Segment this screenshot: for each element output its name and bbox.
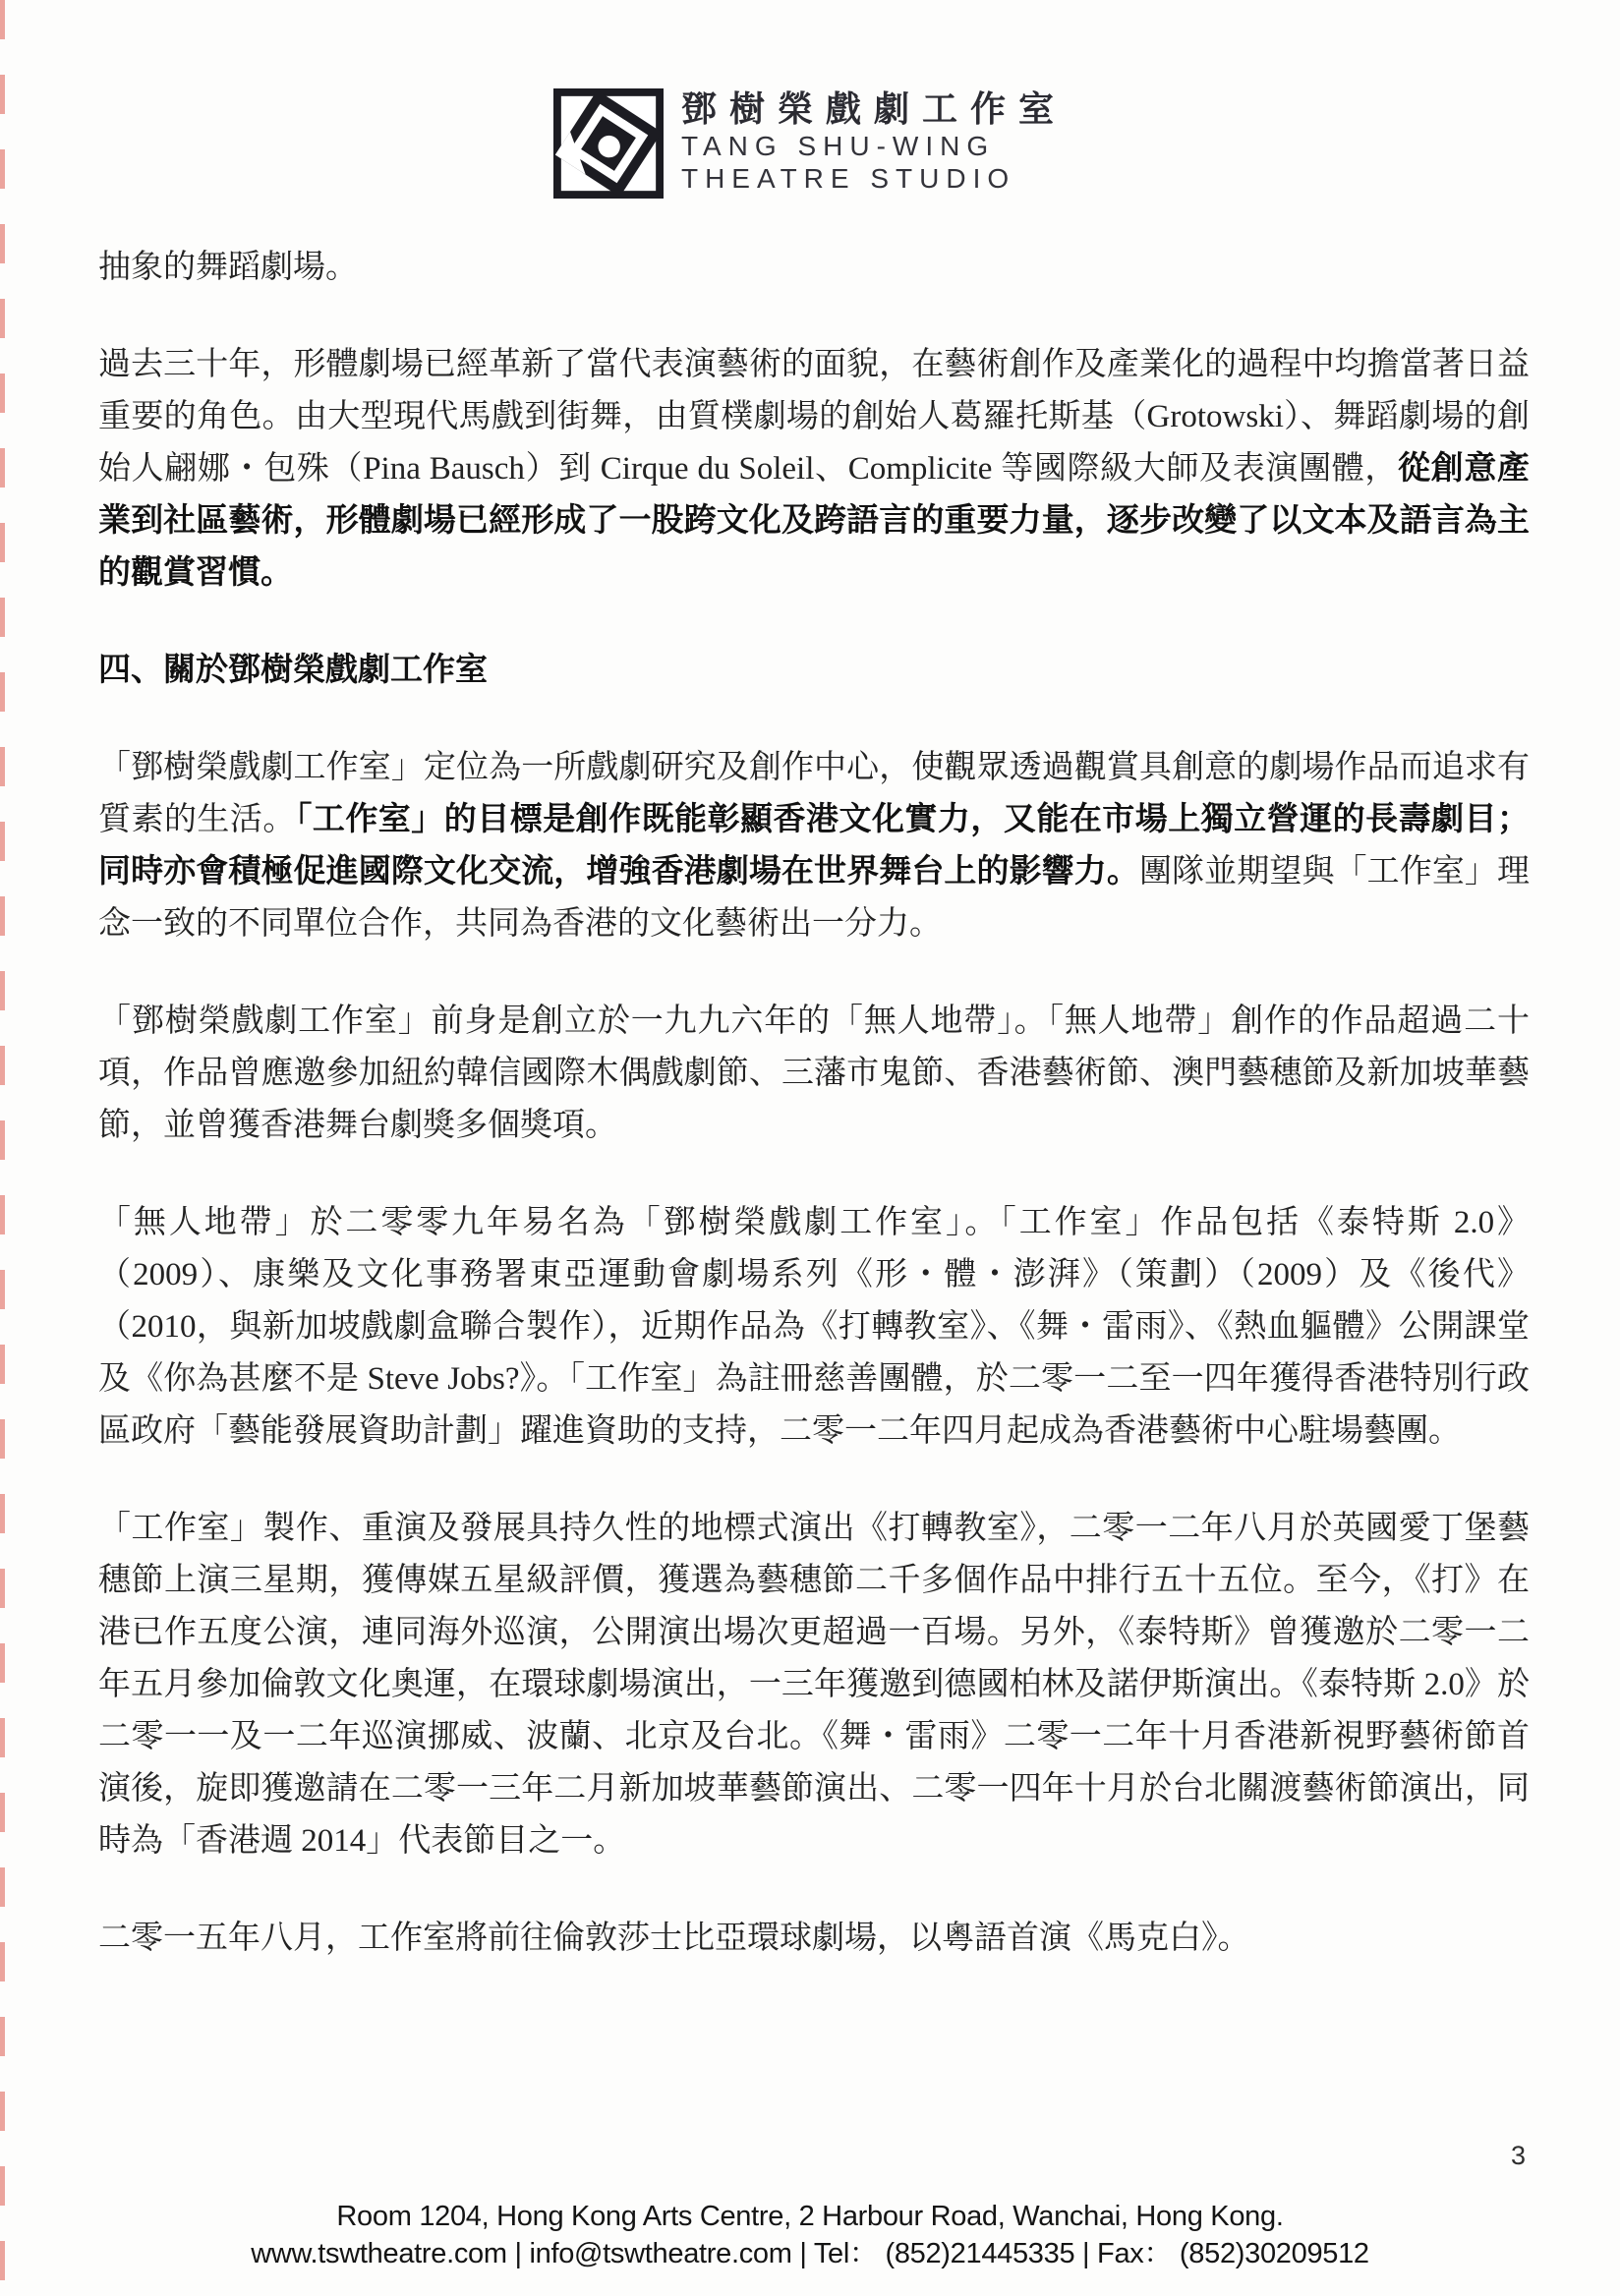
body-paragraph: 過去三十年，形體劇場已經革新了當代表演藝術的面貌，在藝術創作及產業化的過程中均擔… — [98, 339, 1530, 600]
body-paragraph: 「鄧樹榮戲劇工作室」定位為一所戲劇研究及創作中心，使觀眾透過觀賞具創意的劇場作品… — [98, 742, 1530, 950]
scan-artifact-left-edge — [0, 0, 5, 2296]
text-run: 「無人地帶」於二零零九年易名為「鄧樹榮戲劇工作室」。「工作室」作品包括《泰特斯 … — [98, 1205, 1530, 1449]
text-run: 過去三十年，形體劇場已經革新了當代表演藝術的面貌，在藝術創作及產業化的過程中均擔… — [98, 347, 1530, 487]
tsw-logo-icon — [553, 88, 664, 199]
logo-english-name-line1: TANG SHU-WING — [681, 130, 1067, 162]
footer: Room 1204, Hong Kong Arts Centre, 2 Harb… — [0, 2198, 1620, 2272]
text-run: 「工作室」製作、重演及發展具持久性的地標式演出《打轉教室》，二零一二年八月於英國… — [98, 1511, 1530, 1859]
text-run: 抽象的舞蹈劇場。 — [98, 250, 358, 285]
text-run: 二零一五年八月，工作室將前往倫敦莎士比亞環球劇場，以粵語首演《馬克白》。 — [98, 1921, 1250, 1956]
footer-address: Room 1204, Hong Kong Arts Centre, 2 Harb… — [0, 2198, 1620, 2235]
body-paragraph: 二零一五年八月，工作室將前往倫敦莎士比亞環球劇場，以粵語首演《馬克白》。 — [98, 1913, 1530, 1965]
logo-chinese-name: 鄧樹榮戲劇工作室 — [681, 90, 1067, 130]
body-content: 抽象的舞蹈劇場。過去三十年，形體劇場已經革新了當代表演藝術的面貌，在藝術創作及產… — [98, 242, 1530, 2010]
text-run: 「鄧樹榮戲劇工作室」前身是創立於一九九六年的「無人地帶」。「無人地帶」創作的作品… — [98, 1004, 1530, 1143]
logo-text-block: 鄧樹榮戲劇工作室 TANG SHU-WING THEATRE STUDIO — [681, 88, 1067, 195]
letterhead: 鄧樹榮戲劇工作室 TANG SHU-WING THEATRE STUDIO — [0, 88, 1620, 199]
body-paragraph: 抽象的舞蹈劇場。 — [98, 242, 1530, 294]
page-number: 3 — [1511, 2141, 1526, 2171]
document-page: 鄧樹榮戲劇工作室 TANG SHU-WING THEATRE STUDIO 抽象… — [0, 0, 1620, 2296]
footer-contacts: www.tswtheatre.com | info@tswtheatre.com… — [0, 2235, 1620, 2272]
body-paragraph: 「工作室」製作、重演及發展具持久性的地標式演出《打轉教室》，二零一二年八月於英國… — [98, 1503, 1530, 1867]
logo-english-name-line2: THEATRE STUDIO — [681, 162, 1067, 195]
body-paragraph: 「鄧樹榮戲劇工作室」前身是創立於一九九六年的「無人地帶」。「無人地帶」創作的作品… — [98, 996, 1530, 1152]
section-heading: 四、關於鄧樹榮戲劇工作室 — [98, 645, 1530, 697]
text-run: 四、關於鄧樹榮戲劇工作室 — [98, 653, 488, 688]
body-paragraph: 「無人地帶」於二零零九年易名為「鄧樹榮戲劇工作室」。「工作室」作品包括《泰特斯 … — [98, 1197, 1530, 1458]
